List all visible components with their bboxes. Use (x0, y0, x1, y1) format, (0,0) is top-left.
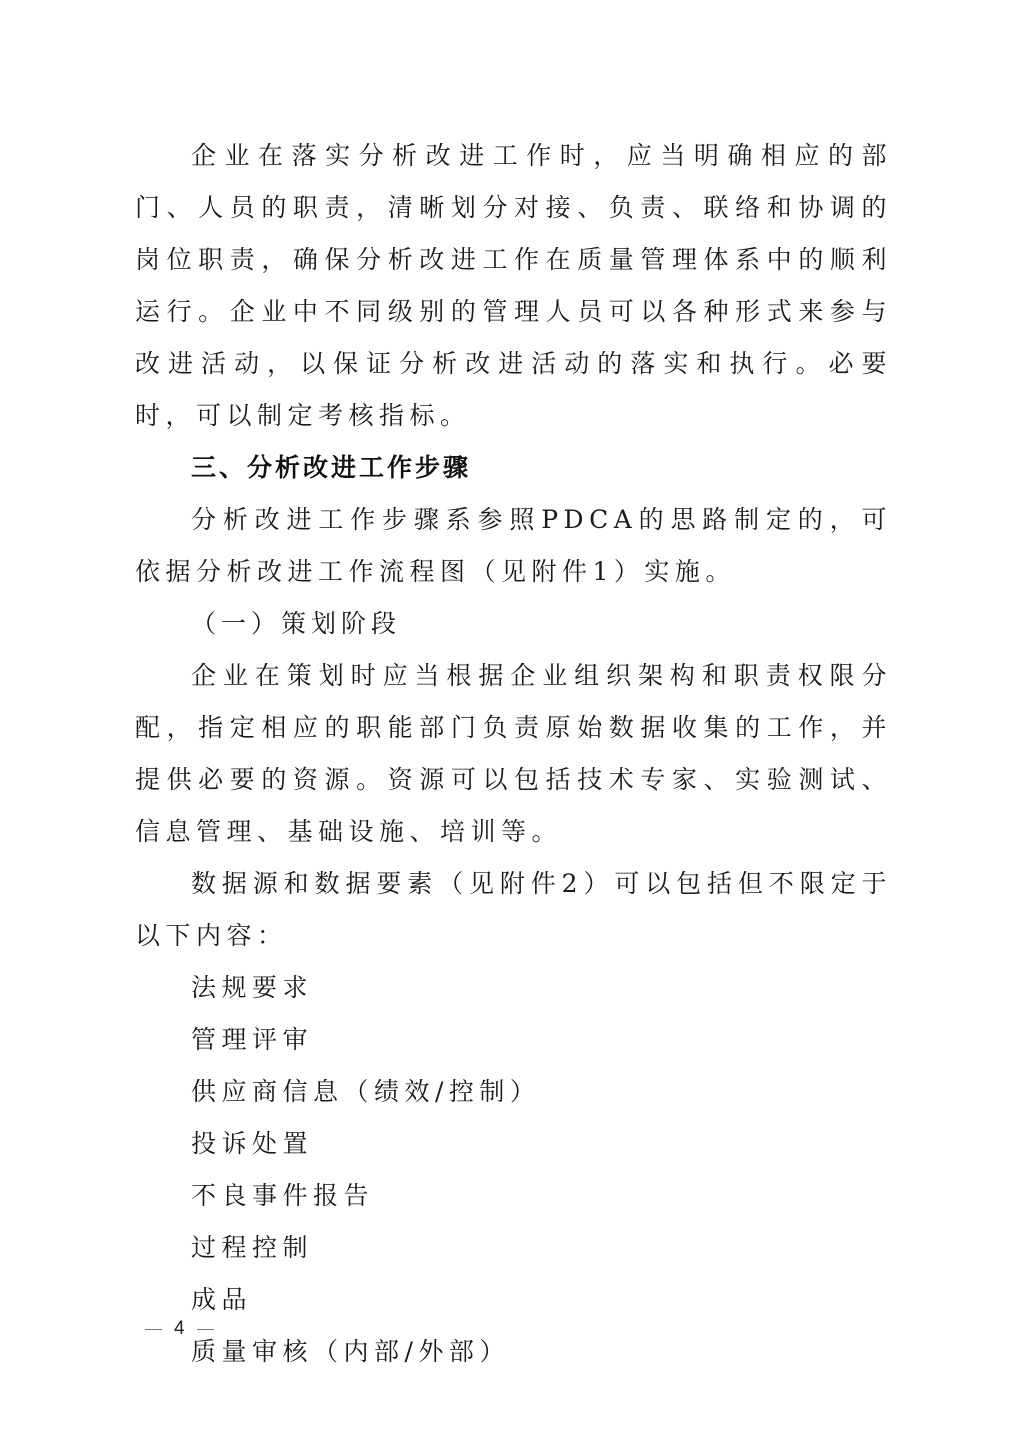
list-item: 过程控制 (135, 1222, 892, 1274)
list-item: 投诉处置 (135, 1118, 892, 1170)
list-item: 质量审核（内部/外部） (135, 1326, 892, 1378)
page-number-value: 4 (174, 1318, 185, 1340)
dash-left (145, 1329, 162, 1330)
list-item: 管理评审 (135, 1014, 892, 1066)
subsection-heading: （一）策划阶段 (135, 598, 892, 650)
list-item: 法规要求 (135, 962, 892, 1014)
list-item: 成品 (135, 1274, 892, 1326)
planning-paragraph: 企业在策划时应当根据企业组织架构和职责权限分配，指定相应的职能部门负责原始数据收… (135, 650, 892, 858)
section-intro-paragraph: 分析改进工作步骤系参照PDCA的思路制定的，可依据分析改进工作流程图（见附件1）… (135, 494, 892, 598)
section-heading: 三、分析改进工作步骤 (135, 442, 892, 494)
list-item: 不良事件报告 (135, 1170, 892, 1222)
dash-right (197, 1329, 214, 1330)
document-page: 企业在落实分析改进工作时，应当明确相应的部门、人员的职责，清晰划分对接、负责、联… (135, 130, 892, 1378)
data-sources-intro: 数据源和数据要素（见附件2）可以包括但不限定于以下内容： (135, 858, 892, 962)
data-sources-list: 法规要求 管理评审 供应商信息（绩效/控制） 投诉处置 不良事件报告 过程控制 … (135, 962, 892, 1378)
list-item: 供应商信息（绩效/控制） (135, 1066, 892, 1118)
page-number: 4 (145, 1318, 214, 1340)
intro-paragraph: 企业在落实分析改进工作时，应当明确相应的部门、人员的职责，清晰划分对接、负责、联… (135, 130, 892, 442)
